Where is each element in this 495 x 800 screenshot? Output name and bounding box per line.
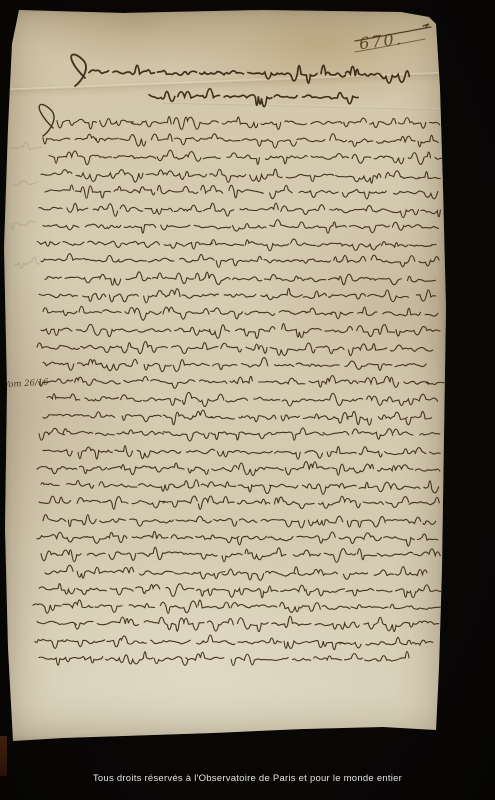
book-spine-strip bbox=[0, 736, 7, 776]
manuscript-handwriting bbox=[3, 8, 446, 742]
manuscript-page: 670. Vom 26/16 bbox=[3, 8, 446, 742]
photo-background: 670. Vom 26/16 Tous droits réservés à l'… bbox=[0, 0, 495, 800]
copyright-caption: Tous droits réservés à l'Observatoire de… bbox=[0, 773, 495, 784]
